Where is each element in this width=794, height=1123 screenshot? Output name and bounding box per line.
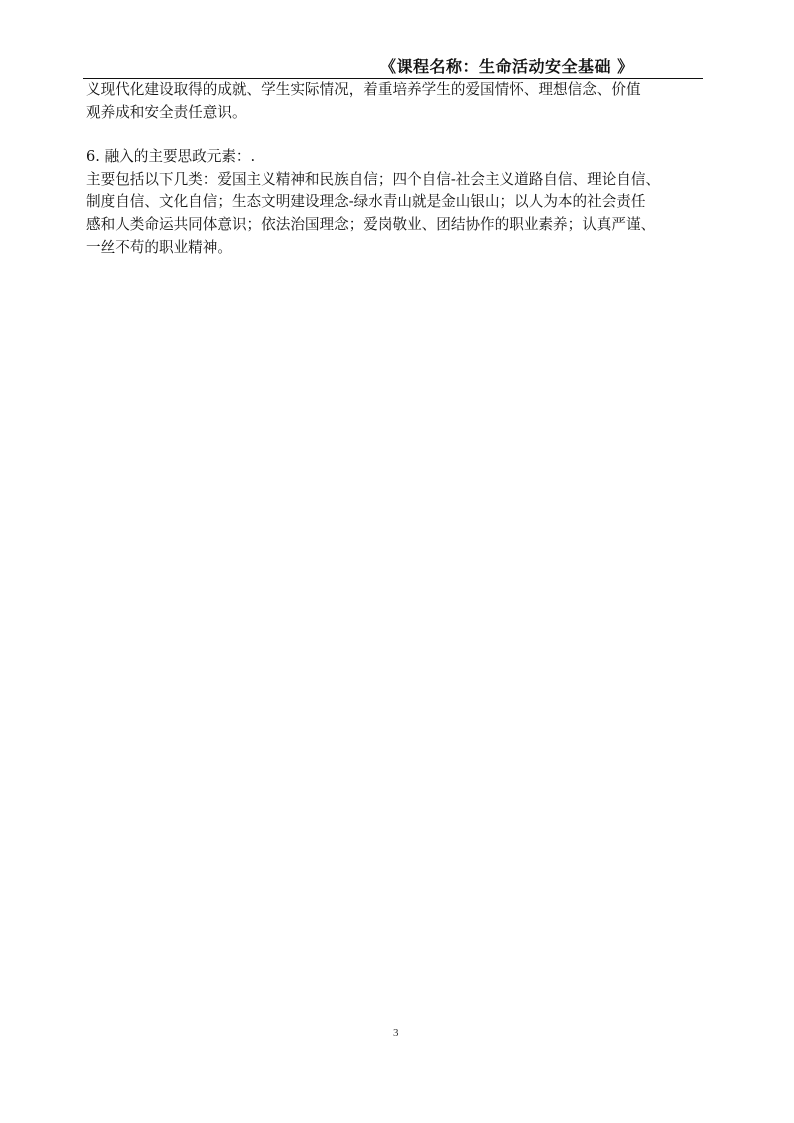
section-heading: 6. 融入的主要思政元素：. <box>86 146 706 169</box>
text-line: 制度自信、文化自信；生态文明建设理念-绿水青山就是金山银山；以人为本的社会责任 <box>86 191 706 214</box>
continued-paragraph: 义现代化建设取得的成就、学生实际情况，着重培养学生的爱国情怀、理想信念、价值 观… <box>86 79 706 124</box>
text-line: 义现代化建设取得的成就、学生实际情况，着重培养学生的爱国情怀、理想信念、价值 <box>86 79 706 102</box>
text-line: 主要包括以下几类：爱国主义精神和民族自信；四个自信-社会主义道路自信、理论自信、 <box>86 169 706 192</box>
course-title-header: 《课程名称：生命活动安全基础 》 <box>380 54 634 77</box>
text-line: 观养成和安全责任意识。 <box>86 102 706 125</box>
document-body: 义现代化建设取得的成就、学生实际情况，着重培养学生的爱国情怀、理想信念、价值 观… <box>86 79 706 259</box>
text-line: 一丝不苟的职业精神。 <box>86 237 706 260</box>
paragraph-spacer <box>86 124 706 146</box>
text-line: 感和人类命运共同体意识；依法治国理念；爱岗敬业、团结协作的职业素养；认真严谨、 <box>86 214 706 237</box>
section-6: 6. 融入的主要思政元素：. 主要包括以下几类：爱国主义精神和民族自信；四个自信… <box>86 146 706 259</box>
page-number: 3 <box>393 1027 399 1039</box>
